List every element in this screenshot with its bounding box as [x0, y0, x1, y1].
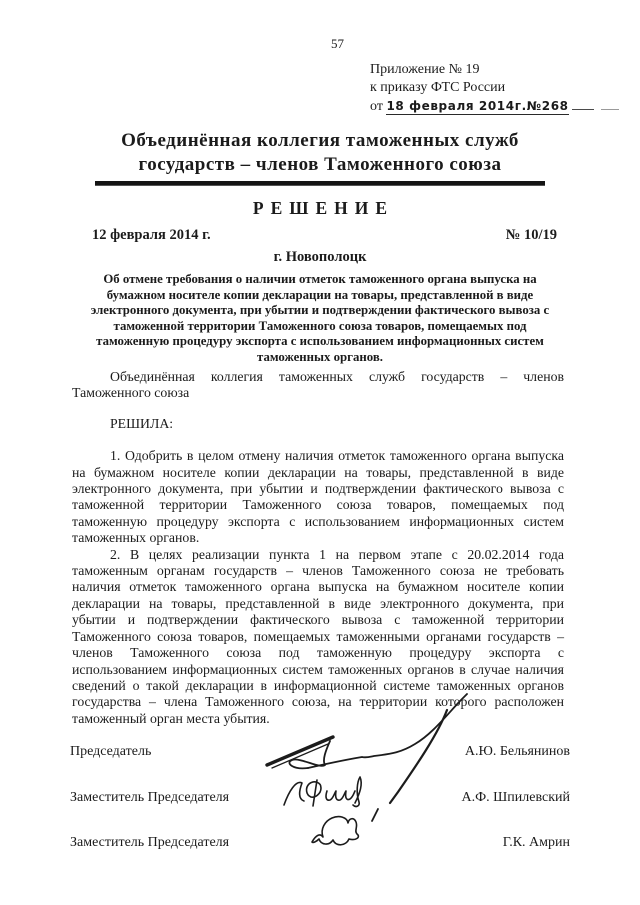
- document-date: 12 февраля 2014 г.: [92, 227, 211, 244]
- appendix-line-2: к приказу ФТС России: [370, 79, 619, 97]
- body-paragraph-1: 1. Одобрить в целом отмену наличия отмет…: [72, 448, 564, 546]
- document-body: Объединённая коллегия таможенных служб г…: [72, 369, 564, 727]
- date-number-row: 12 февраля 2014 г. № 10/19: [92, 227, 557, 244]
- blank-underline: [572, 108, 594, 110]
- organization-title-line-1: Объединённая коллегия таможенных служб: [0, 129, 640, 153]
- organization-title-line-2: государств – членов Таможенного союза: [0, 153, 640, 177]
- header-divider-rule: [95, 181, 545, 185]
- appendix-order-prefix: от: [370, 99, 383, 114]
- signer-title: Председатель: [70, 744, 151, 760]
- resolved-label: РЕШИЛА:: [72, 416, 564, 432]
- blank-underline-faint: [601, 108, 619, 110]
- document-city: г. Новополоцк: [0, 249, 640, 266]
- order-date-number-stamp: 18 февраля 2014г.№268: [386, 99, 568, 115]
- document-page: 57 Приложение № 19 к приказу ФТС России …: [0, 0, 640, 905]
- body-intro-paragraph: Объединённая коллегия таможенных служб г…: [72, 369, 564, 402]
- document-number: № 10/19: [506, 227, 557, 244]
- document-type-heading: РЕШЕНИЕ: [0, 198, 640, 219]
- appendix-line-3: от 18 февраля 2014г.№268: [370, 97, 619, 116]
- signer-name: Г.К. Амрин: [503, 835, 570, 851]
- signature-row-deputy-2: Заместитель Председателя Г.К. Амрин: [70, 835, 570, 851]
- page-number: 57: [331, 36, 344, 52]
- signer-name: А.Ф. Шпилевский: [461, 790, 570, 806]
- body-paragraph-2: 2. В целях реализации пункта 1 на первом…: [72, 547, 564, 727]
- signer-title: Заместитель Председателя: [70, 790, 229, 806]
- appendix-block: Приложение № 19 к приказу ФТС России от …: [370, 61, 619, 116]
- signature-row-deputy-1: Заместитель Председателя А.Ф. Шпилевский: [70, 790, 570, 806]
- organization-title: Объединённая коллегия таможенных служб г…: [0, 129, 640, 177]
- signer-title: Заместитель Председателя: [70, 835, 229, 851]
- signature-row-chairman: Председатель А.Ю. Бельянинов: [70, 744, 570, 760]
- document-subject: Об отмене требования о наличии отметок т…: [86, 272, 554, 365]
- signer-name: А.Ю. Бельянинов: [465, 744, 570, 760]
- appendix-line-1: Приложение № 19: [370, 61, 619, 79]
